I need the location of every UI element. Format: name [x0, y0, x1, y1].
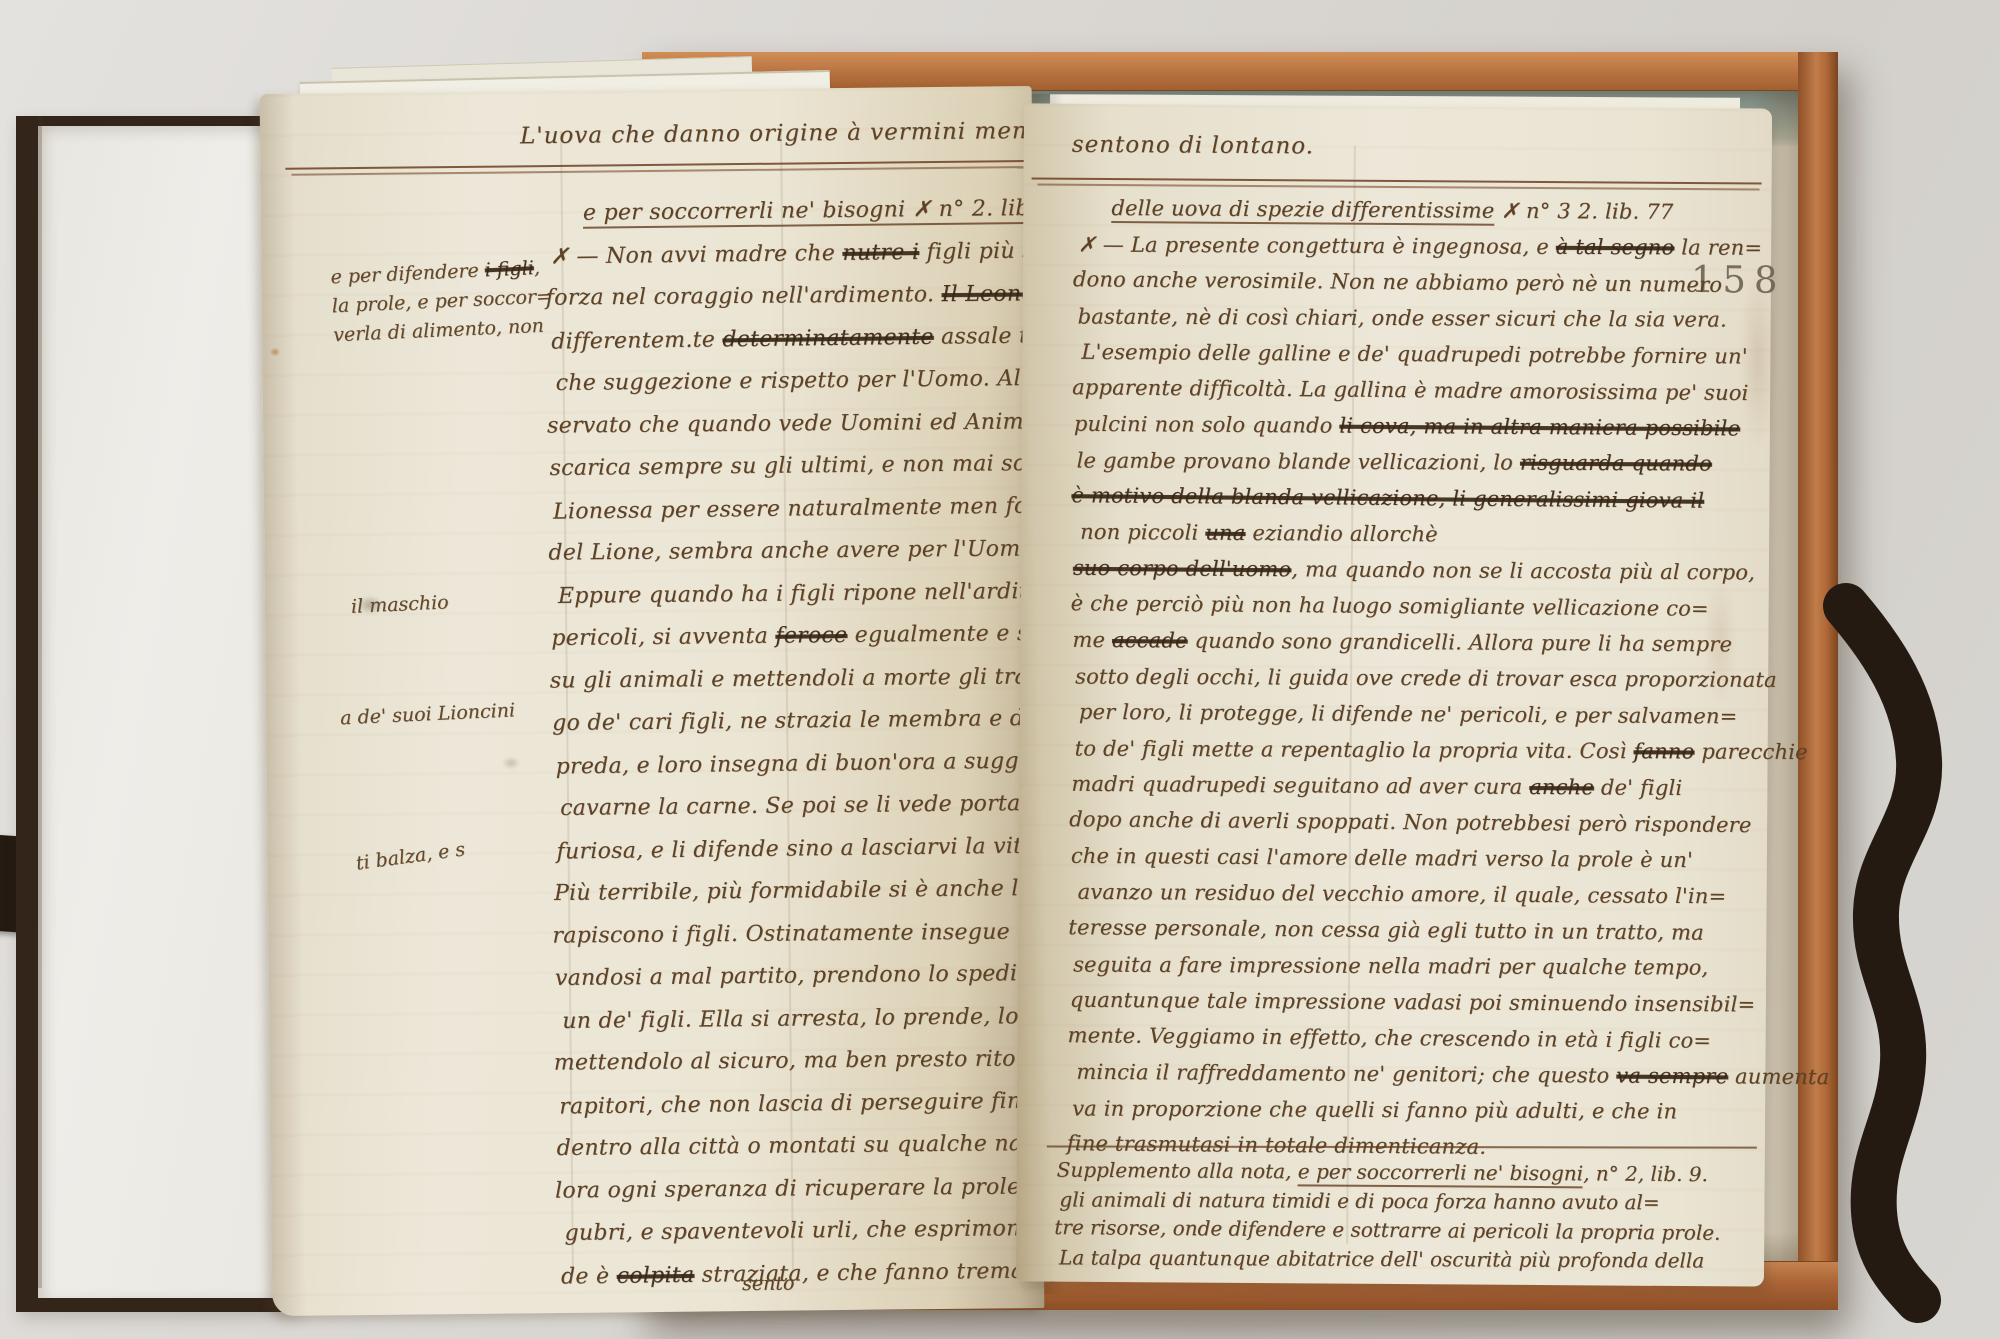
- manuscript-line: dono anche verosimile. Non ne abbiamo pe…: [1073, 261, 1733, 303]
- manuscript-line: è motivo della blanda vellicazione, li g…: [1071, 477, 1731, 519]
- manuscript-line: su gli animali e mettendoli a morte gli …: [550, 656, 1070, 703]
- manuscript-line: La talpa quantunque abitatrice dell' osc…: [1059, 1243, 1759, 1275]
- catchword: sento: [742, 1273, 795, 1296]
- manuscript-line: gli animali di natura timidi e di poca f…: [1059, 1185, 1759, 1217]
- manuscript-line: mincia il raffreddamento ne' genitori; c…: [1076, 1054, 1736, 1095]
- manuscript-line: cavarne la carne. Se poi se li vede port…: [560, 783, 1080, 831]
- manuscript-line: è che perciò più non ha luogo somigliant…: [1070, 585, 1730, 627]
- manuscript-right-page: sentono di lontano. 158 delle uova di sp…: [1016, 103, 1772, 1286]
- manuscript-line: to de' figli mette a repentaglio la prop…: [1075, 730, 1735, 769]
- manuscript-line: L'esempio delle galline e de' quadrupedi…: [1081, 334, 1741, 375]
- manuscript-line: un de' figli. Ella si arresta, lo prende…: [562, 995, 1082, 1043]
- manuscript-line: pericoli, si avventa feroce egualmente e…: [551, 613, 1071, 661]
- supplement-note-text: Supplemento alla nota, e per soccorrerli…: [1056, 1156, 1757, 1277]
- manuscript-line: le gambe provano blande vellicazioni, lo…: [1077, 442, 1737, 481]
- manuscript-line: quantunque tale impressione vadasi poi s…: [1070, 982, 1730, 1023]
- manuscript-line: Più terribile, più formidabile si è anch…: [554, 868, 1074, 916]
- manuscript-line: non piccoli una eziandio allorchè: [1080, 514, 1740, 555]
- left-cover-board: [16, 116, 296, 1312]
- manuscript-line: per loro, li protegge, li difende ne' pe…: [1079, 694, 1739, 735]
- manuscript-line: preda, e loro insegna di buon'ora a sugg…: [555, 740, 1075, 789]
- manuscript-line: rapitori, che non lascia di perseguire f…: [559, 1080, 1079, 1129]
- manuscript-line: Supplemento alla nota, e per soccorrerli…: [1057, 1156, 1757, 1190]
- manuscript-line: sotto degli occhi, li guida ove crede di…: [1075, 658, 1735, 697]
- manuscript-line: de è colpita straziata, e che fanno trem…: [561, 1249, 1081, 1298]
- board-edge-seam: [38, 116, 42, 1288]
- manuscript-line: furiosa, e li difende sino a lasciarvi l…: [556, 825, 1076, 874]
- manuscript-line: avanzo un residuo del vecchio amore, il …: [1077, 874, 1737, 915]
- manuscript-line: del Lione, sembra anche avere per l'Uomo…: [548, 528, 1068, 575]
- header-rule: [285, 160, 1025, 176]
- manuscript-line: suo corpo dell'uomo, ma quando non se li…: [1073, 550, 1733, 591]
- manuscript-line: che suggezione e rispetto per l'Uomo. Al…: [555, 358, 1075, 406]
- manuscript-line: vandosi a mal partito, prendono lo spedi…: [555, 953, 1075, 1001]
- manuscript-line: tre risorse, onde difendere e sottrarre …: [1054, 1213, 1754, 1248]
- manuscript-line: e per soccorrerli ne' bisogni ✗ n° 2. li…: [547, 188, 1067, 236]
- manuscript-line: bastante, nè di così chiari, onde esser …: [1078, 298, 1738, 337]
- manuscript-line: madri quadrupedi seguitano ad aver cura …: [1071, 766, 1731, 807]
- margin-note: il maschio: [350, 588, 449, 621]
- right-running-header: sentono di lontano.: [1072, 132, 1314, 160]
- manuscript-line: me accade quando sono grandicelli. Allor…: [1072, 622, 1732, 663]
- margin-note: a de' suoi Lioncini: [340, 696, 516, 733]
- manuscript-line: pulcini non solo quando li cova, ma in a…: [1074, 406, 1734, 447]
- manuscript-line: delle uova di spezie differentissime ✗ n…: [1075, 190, 1735, 231]
- manuscript-line: Eppure quando ha i figli ripone nell'ard…: [558, 570, 1078, 618]
- manuscript-line: mente. Veggiamo in effetto, che crescend…: [1067, 1017, 1727, 1059]
- manuscript-line: ✗ — La presente congettura è ingegnosa, …: [1078, 226, 1738, 265]
- manuscript-line: Lionessa per essere naturalmente men for…: [553, 485, 1073, 534]
- margin-note: ti balza, e s: [354, 835, 467, 878]
- manuscript-line: che in questi casi l'amore delle madri v…: [1071, 838, 1731, 879]
- manuscript-line: differentem.te determinatamente assale t…: [551, 315, 1071, 364]
- manuscript-left-page: L'uova che danno origine à vermini menzi…: [260, 86, 1045, 1316]
- box-edge-right: [1798, 52, 1838, 1310]
- manuscript-line: go de' cari figli, ne strazia le membra …: [552, 698, 1072, 746]
- margin-note: e per difendere i figli,la prole, e per …: [330, 253, 564, 350]
- manuscript-line: ✗ — Non avvi madre che nutre i figli più…: [550, 230, 1070, 279]
- manuscript-line: dopo anche di averli spoppati. Non potre…: [1069, 801, 1729, 843]
- manuscript-line: va in proporzione che quelli si fanno pi…: [1072, 1090, 1732, 1129]
- manuscript-line: forza nel coraggio nell'ardimento. Il Le…: [546, 273, 1066, 320]
- manuscript-line: apparente difficoltà. La gallina è madre…: [1072, 369, 1732, 411]
- manuscript-line: seguita a fare impressione nella madri p…: [1073, 946, 1733, 985]
- manuscript-line: rapiscono i figli. Ostinatamente insegue…: [552, 911, 1072, 958]
- right-page-text: delle uova di spezie differentissime ✗ n…: [1069, 190, 1736, 1167]
- left-page-text: e per soccorrerli ne' bisogni ✗ n° 2. li…: [547, 188, 1079, 1298]
- manuscript-line: servato che quando vede Uomini ed Animal…: [547, 401, 1067, 448]
- photo-scene: ParledditsudadeCacb 16 L'uova che danno …: [0, 0, 2000, 1339]
- manuscript-line: lora ogni speranza di ricuperare la prol…: [555, 1166, 1075, 1213]
- manuscript-line: gubri, e spaventevoli urli, che esprimon…: [564, 1208, 1084, 1256]
- manuscript-line: mettendolo al sicuro, ma ben presto rito…: [554, 1038, 1074, 1085]
- manuscript-line: teresse personale, non cessa già egli tu…: [1068, 909, 1728, 951]
- manuscript-line: dentro alla città o montati su qualche n…: [556, 1123, 1076, 1171]
- header-rule: [1032, 177, 1762, 190]
- manuscript-line: scarica sempre su gli ultimi, e non mai …: [549, 443, 1069, 491]
